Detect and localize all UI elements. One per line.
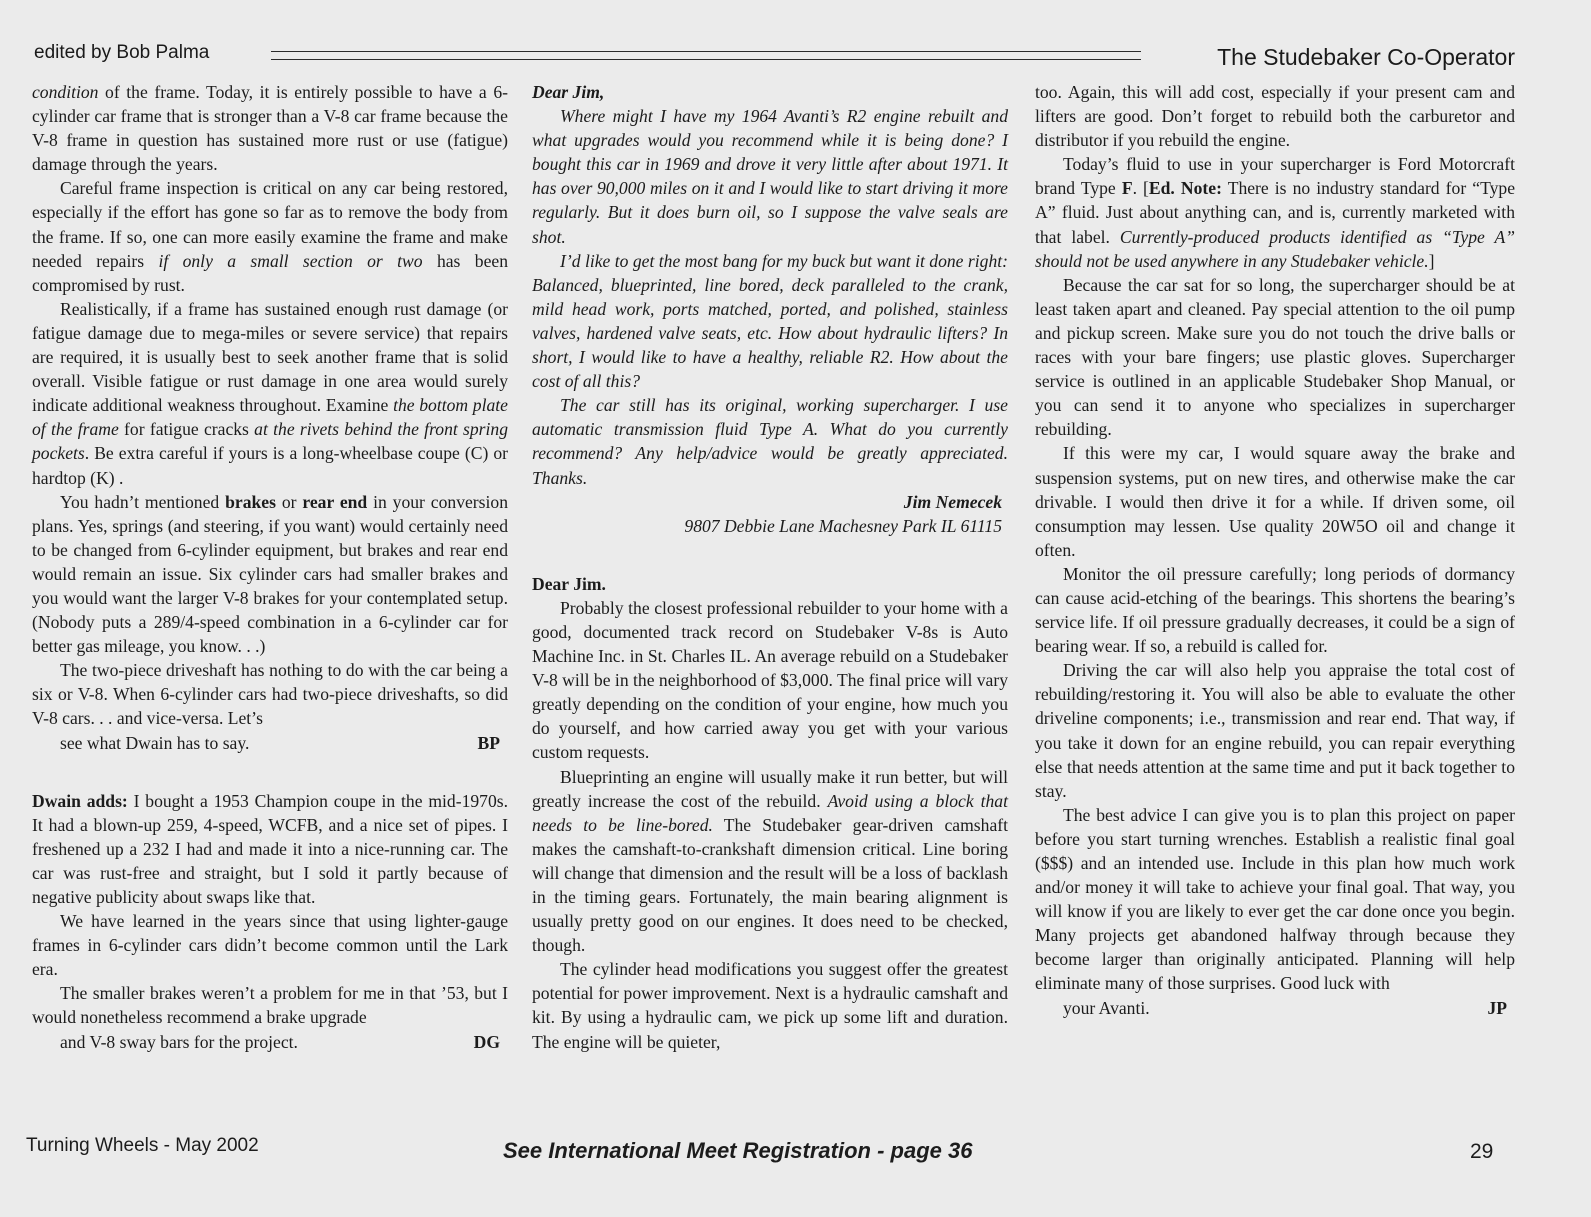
letter-signer-name: Jim Nemecek	[532, 490, 1008, 514]
paragraph: Careful frame inspection is critical on …	[32, 176, 508, 296]
paragraph: condition of the frame. Today, it is ent…	[32, 80, 508, 176]
author-initials: JP	[1459, 996, 1515, 1020]
bold-text: rear end	[302, 492, 367, 512]
article-column-2: Dear Jim, Where might I have my 1964 Ava…	[532, 80, 1008, 1054]
paragraph: The best advice I can give you is to pla…	[1035, 803, 1515, 996]
reply-salutation: Dear Jim.	[532, 572, 1008, 596]
column-title: The Studebaker Co-Operator	[1217, 44, 1515, 71]
article-column-3: too. Again, this will add cost, especial…	[1035, 80, 1515, 1020]
text: or	[276, 492, 302, 512]
footer-callout: See International Meet Registration - pa…	[503, 1138, 972, 1164]
paragraph: If this were my car, I would square away…	[1035, 441, 1515, 561]
letter-paragraph: I’d like to get the most bang for my buc…	[532, 249, 1008, 394]
bold-lead-in: Dwain adds:	[32, 791, 128, 811]
text: ]	[1429, 251, 1435, 271]
header-double-rule	[271, 51, 1141, 60]
italic-text: if only a small section or two	[158, 251, 422, 271]
letter-salutation: Dear Jim,	[532, 80, 1008, 104]
text: your Avanti.	[1035, 996, 1150, 1020]
letter-paragraph: Where might I have my 1964 Avanti’s R2 e…	[532, 104, 1008, 249]
letter-signer-address: 9807 Debbie Lane Machesney Park IL 61115	[532, 514, 1008, 538]
text: see what Dwain has to say.	[32, 731, 249, 755]
paragraph: The smaller brakes weren’t a problem for…	[32, 981, 508, 1029]
page-number: 29	[1470, 1140, 1493, 1164]
text: of the frame. Today, it is entirely poss…	[32, 82, 508, 174]
italic-text: condition	[32, 82, 98, 102]
article-column-1: condition of the frame. Today, it is ent…	[32, 80, 508, 1054]
text: The smaller brakes weren’t a problem for…	[32, 983, 508, 1027]
paragraph: Blueprinting an engine will usually make…	[532, 765, 1008, 958]
paragraph: Realistically, if a frame has sustained …	[32, 297, 508, 490]
paragraph: Driving the car will also help you appra…	[1035, 658, 1515, 803]
signoff-line: your Avanti.JP	[1035, 996, 1515, 1020]
text: . Be extra careful if yours is a long-wh…	[32, 443, 508, 487]
author-initials: BP	[450, 731, 508, 755]
text: The Studebaker gear-driven camshaft make…	[532, 815, 1008, 955]
text: in your conversion plans. Yes, springs (…	[32, 492, 508, 657]
paragraph: You hadn’t mentioned brakes or rear end …	[32, 490, 508, 659]
paragraph: We have learned in the years since that …	[32, 909, 508, 981]
letter-paragraph: The car still has its original, working …	[532, 393, 1008, 489]
text: The two-piece driveshaft has nothing to …	[32, 660, 508, 728]
text: . [	[1133, 178, 1149, 198]
paragraph: The cylinder head modifications you sugg…	[532, 957, 1008, 1053]
bold-text: F	[1122, 178, 1133, 198]
paragraph: The two-piece driveshaft has nothing to …	[32, 658, 508, 730]
paragraph: Dwain adds: I bought a 1953 Champion cou…	[32, 789, 508, 909]
paragraph: Probably the closest professional rebuil…	[532, 596, 1008, 765]
bold-text: Ed. Note:	[1149, 178, 1222, 198]
bold-text: brakes	[225, 492, 276, 512]
paragraph: too. Again, this will add cost, especial…	[1035, 80, 1515, 152]
editor-credit: edited by Bob Palma	[34, 42, 209, 64]
paragraph: Monitor the oil pressure carefully; long…	[1035, 562, 1515, 658]
publication-issue: Turning Wheels - May 2002	[26, 1135, 259, 1157]
text: You hadn’t mentioned	[60, 492, 225, 512]
paragraph: Because the car sat for so long, the sup…	[1035, 273, 1515, 442]
signoff-line: see what Dwain has to say.BP	[32, 731, 508, 755]
text: We have learned in the years since that …	[32, 911, 508, 979]
text: and V-8 sway bars for the project.	[32, 1030, 298, 1054]
text: for fatigue cracks	[119, 419, 254, 439]
author-initials: DG	[446, 1030, 508, 1054]
signoff-line: and V-8 sway bars for the project.DG	[32, 1030, 508, 1054]
paragraph: Today’s fluid to use in your supercharge…	[1035, 152, 1515, 272]
